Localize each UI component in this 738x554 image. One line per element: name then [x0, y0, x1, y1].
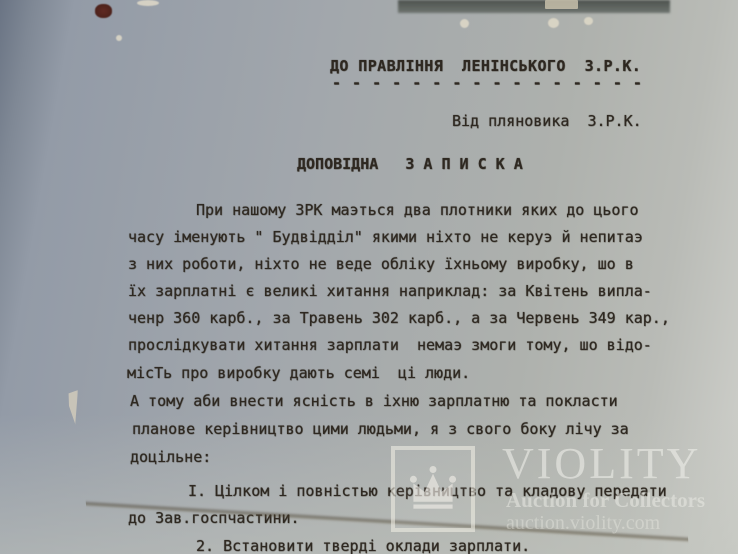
document-title: ДОПОВІДНА З А П И С К А: [297, 155, 523, 173]
paragraph1-line7: місТь про виробку дають семі ці люди.: [127, 364, 470, 382]
paragraph1-line4: їх зарплатні є великі хитання наприклад:…: [128, 282, 652, 300]
list-item1-line1: І. Цілком і повністью керівництво та кла…: [188, 482, 667, 500]
addressee-underline: - - - - - - - - - - - - - - - -: [332, 74, 643, 92]
paragraph1-line3: з них роботи, ніхто не веде обліку їхньо…: [128, 255, 634, 273]
paragraph2-line3: доцільне:: [130, 448, 211, 466]
paragraph2-line1: А тому аби внести ясність в іхню зарплат…: [130, 392, 618, 410]
paragraph1-line6: прослідкувати хитання зарплати немаэ змо…: [128, 336, 652, 354]
ink-stain: [95, 4, 112, 18]
paper-sheet: ДО ПРАВЛІННЯ ЛЕНІНСЬКОГО З.Р.К. - - - - …: [0, 0, 738, 554]
sender-line: Від пляновика З.Р.К.: [452, 112, 642, 130]
paragraph1-line2: часу іменують " Будвідділ" якими ніхто н…: [128, 228, 643, 246]
addressee-line: ДО ПРАВЛІННЯ ЛЕНІНСЬКОГО З.Р.К.: [330, 57, 641, 75]
tape-piece: [545, 0, 578, 9]
paragraph1-line1: При нашому ЗРК маэться два плотники яких…: [196, 201, 639, 219]
paragraph1-line5: ченр 360 карб., за Травень 302 карб., а …: [128, 309, 670, 327]
paragraph2-line2: планове керівництво цими людьми, я з сво…: [132, 420, 629, 438]
document-photo: ДО ПРАВЛІННЯ ЛЕНІНСЬКОГО З.Р.К. - - - - …: [0, 0, 738, 554]
list-item2: 2. Встановити тверді оклади зарплати.: [196, 537, 530, 554]
